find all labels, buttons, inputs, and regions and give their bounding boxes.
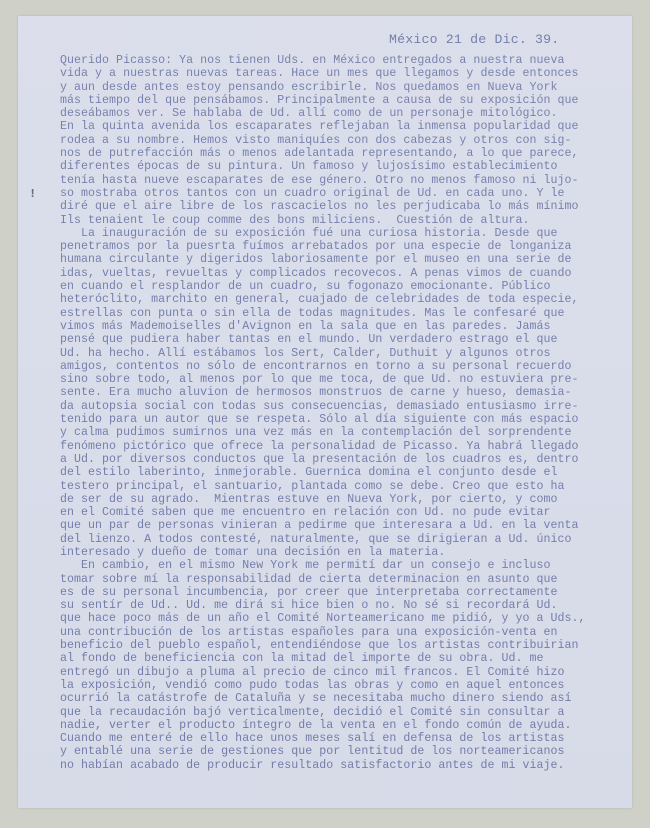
letter-line: al fondo de beneficiencia con la mitad d…: [60, 652, 625, 665]
letter-line: Cuando me enteré de ello hace unos meses…: [60, 732, 625, 745]
letter-line: sino sobre todo, al menos por lo que me …: [60, 373, 625, 386]
letter-line: estrellas con punta o sin ella de todas …: [60, 307, 625, 320]
margin-exclamation-mark: !: [29, 187, 36, 201]
letter-line: es de su personal incumbencia, por creer…: [60, 586, 625, 599]
letter-line: fenómeno pictórico que ofrece la persona…: [60, 440, 625, 453]
letter-line: heteróclito, marchito en general, cuajad…: [60, 293, 625, 306]
letter-line: en cuando el resplandor de un cuadro, su…: [60, 280, 625, 293]
letter-line: la exposición, vendió como pudo todas la…: [60, 679, 625, 692]
letter-line: una contribución de los artistas español…: [60, 626, 625, 639]
letter-line: deseábamos ver. Se hablaba de Ud. allí c…: [60, 107, 625, 120]
letter-line: La inauguración de su exposición fué una…: [60, 227, 625, 240]
letter-line: no habían acabado de producir resultado …: [60, 759, 625, 772]
letter-line: da autopsia social con todas sus consecu…: [60, 400, 625, 413]
letter-line: vida y a nuestras nuevas tareas. Hace un…: [60, 67, 625, 80]
letter-line: nos de putrefacción más o menos adelanta…: [60, 147, 625, 160]
letter-line: de ser de su agrado. Mientras estuve en …: [60, 493, 625, 506]
letter-line: entregó un dibujo a pluma al precio de c…: [60, 666, 625, 679]
letter-line: rodea a su nombre. Hemos visto maniquíes…: [60, 134, 625, 147]
letter-line: en el Comité saben que me encuentro en r…: [60, 506, 625, 519]
letter-line: idas, vueltas, revueltas y complicados r…: [60, 267, 625, 280]
letter-line: so mostraba otros tantos con un cuadro o…: [60, 187, 625, 200]
letter-line: tenido para un autor que se respeta. Sól…: [60, 413, 625, 426]
letter-line: y aun desde antes estoy pensando escribi…: [60, 81, 625, 94]
letter-line: sente. Era mucho aluvion de hermosos mon…: [60, 386, 625, 399]
letter-line: más tiempo del que pensábamos. Principal…: [60, 94, 625, 107]
letter-line: ocurrió la catástrofe de Cataluña y se n…: [60, 692, 625, 705]
letter-line: del lienzo. A todos contesté, naturalmen…: [60, 533, 625, 546]
letter-line: interesado y dueño de tomar una decisión…: [60, 546, 625, 559]
letter-line: tomar sobre mí la responsabilidad de cie…: [60, 573, 625, 586]
letter-dateline: México 21 de Dic. 39.: [389, 32, 559, 47]
letter-line: que un par de personas vinieran a pedirm…: [60, 519, 625, 532]
letter-line: humana circulante y digeridos laboriosam…: [60, 253, 625, 266]
letter-line: Querido Picasso: Ya nos tienen Uds. en M…: [60, 54, 625, 67]
letter-line: nadie, verter el producto íntegro de la …: [60, 719, 625, 732]
letter-line: diferentes épocas de su pintura. Un famo…: [60, 160, 625, 173]
letter-line: que hace poco más de un año el Comité No…: [60, 612, 625, 625]
letter-body: Querido Picasso: Ya nos tienen Uds. en M…: [60, 54, 625, 772]
letter-line: Ud. ha hecho. Allí estábamos los Sert, C…: [60, 347, 625, 360]
letter-line: que la recaudación bajó verticalmente, d…: [60, 706, 625, 719]
letter-page: México 21 de Dic. 39. ! Querido Picasso:…: [18, 16, 632, 808]
letter-line: tenía hasta nueve escaparates de ese gén…: [60, 174, 625, 187]
letter-line: En cambio, en el mismo New York me permi…: [60, 559, 625, 572]
letter-line: amigos, contentos no sólo de encontrarno…: [60, 360, 625, 373]
letter-line: y calma pudimos sumirnos una vez más en …: [60, 426, 625, 439]
letter-line: y entablé una serie de gestiones que por…: [60, 745, 625, 758]
letter-line: a Ud. por diversos conductos que la pres…: [60, 453, 625, 466]
letter-line: testero principal, el santuario, plantad…: [60, 480, 625, 493]
letter-line: penetramos por la puesrta fuímos arrebat…: [60, 240, 625, 253]
letter-line: su sentír de Ud.. Ud. me dirá si hice bi…: [60, 599, 625, 612]
letter-line: beneficio del pueblo español, entendiénd…: [60, 639, 625, 652]
letter-line: En la quinta avenida los escaparates ref…: [60, 120, 625, 133]
letter-line: vimos más Mademoiselles d'Avignon en la …: [60, 320, 625, 333]
letter-line: diré que el aire libre de los rascacielo…: [60, 200, 625, 213]
letter-line: pensé que pudiera haber tantas en el mun…: [60, 333, 625, 346]
letter-line: del estilo laberinto, inmejorable. Guern…: [60, 466, 625, 479]
letter-line: Ils tenaient le coup comme des bons mili…: [60, 214, 625, 227]
